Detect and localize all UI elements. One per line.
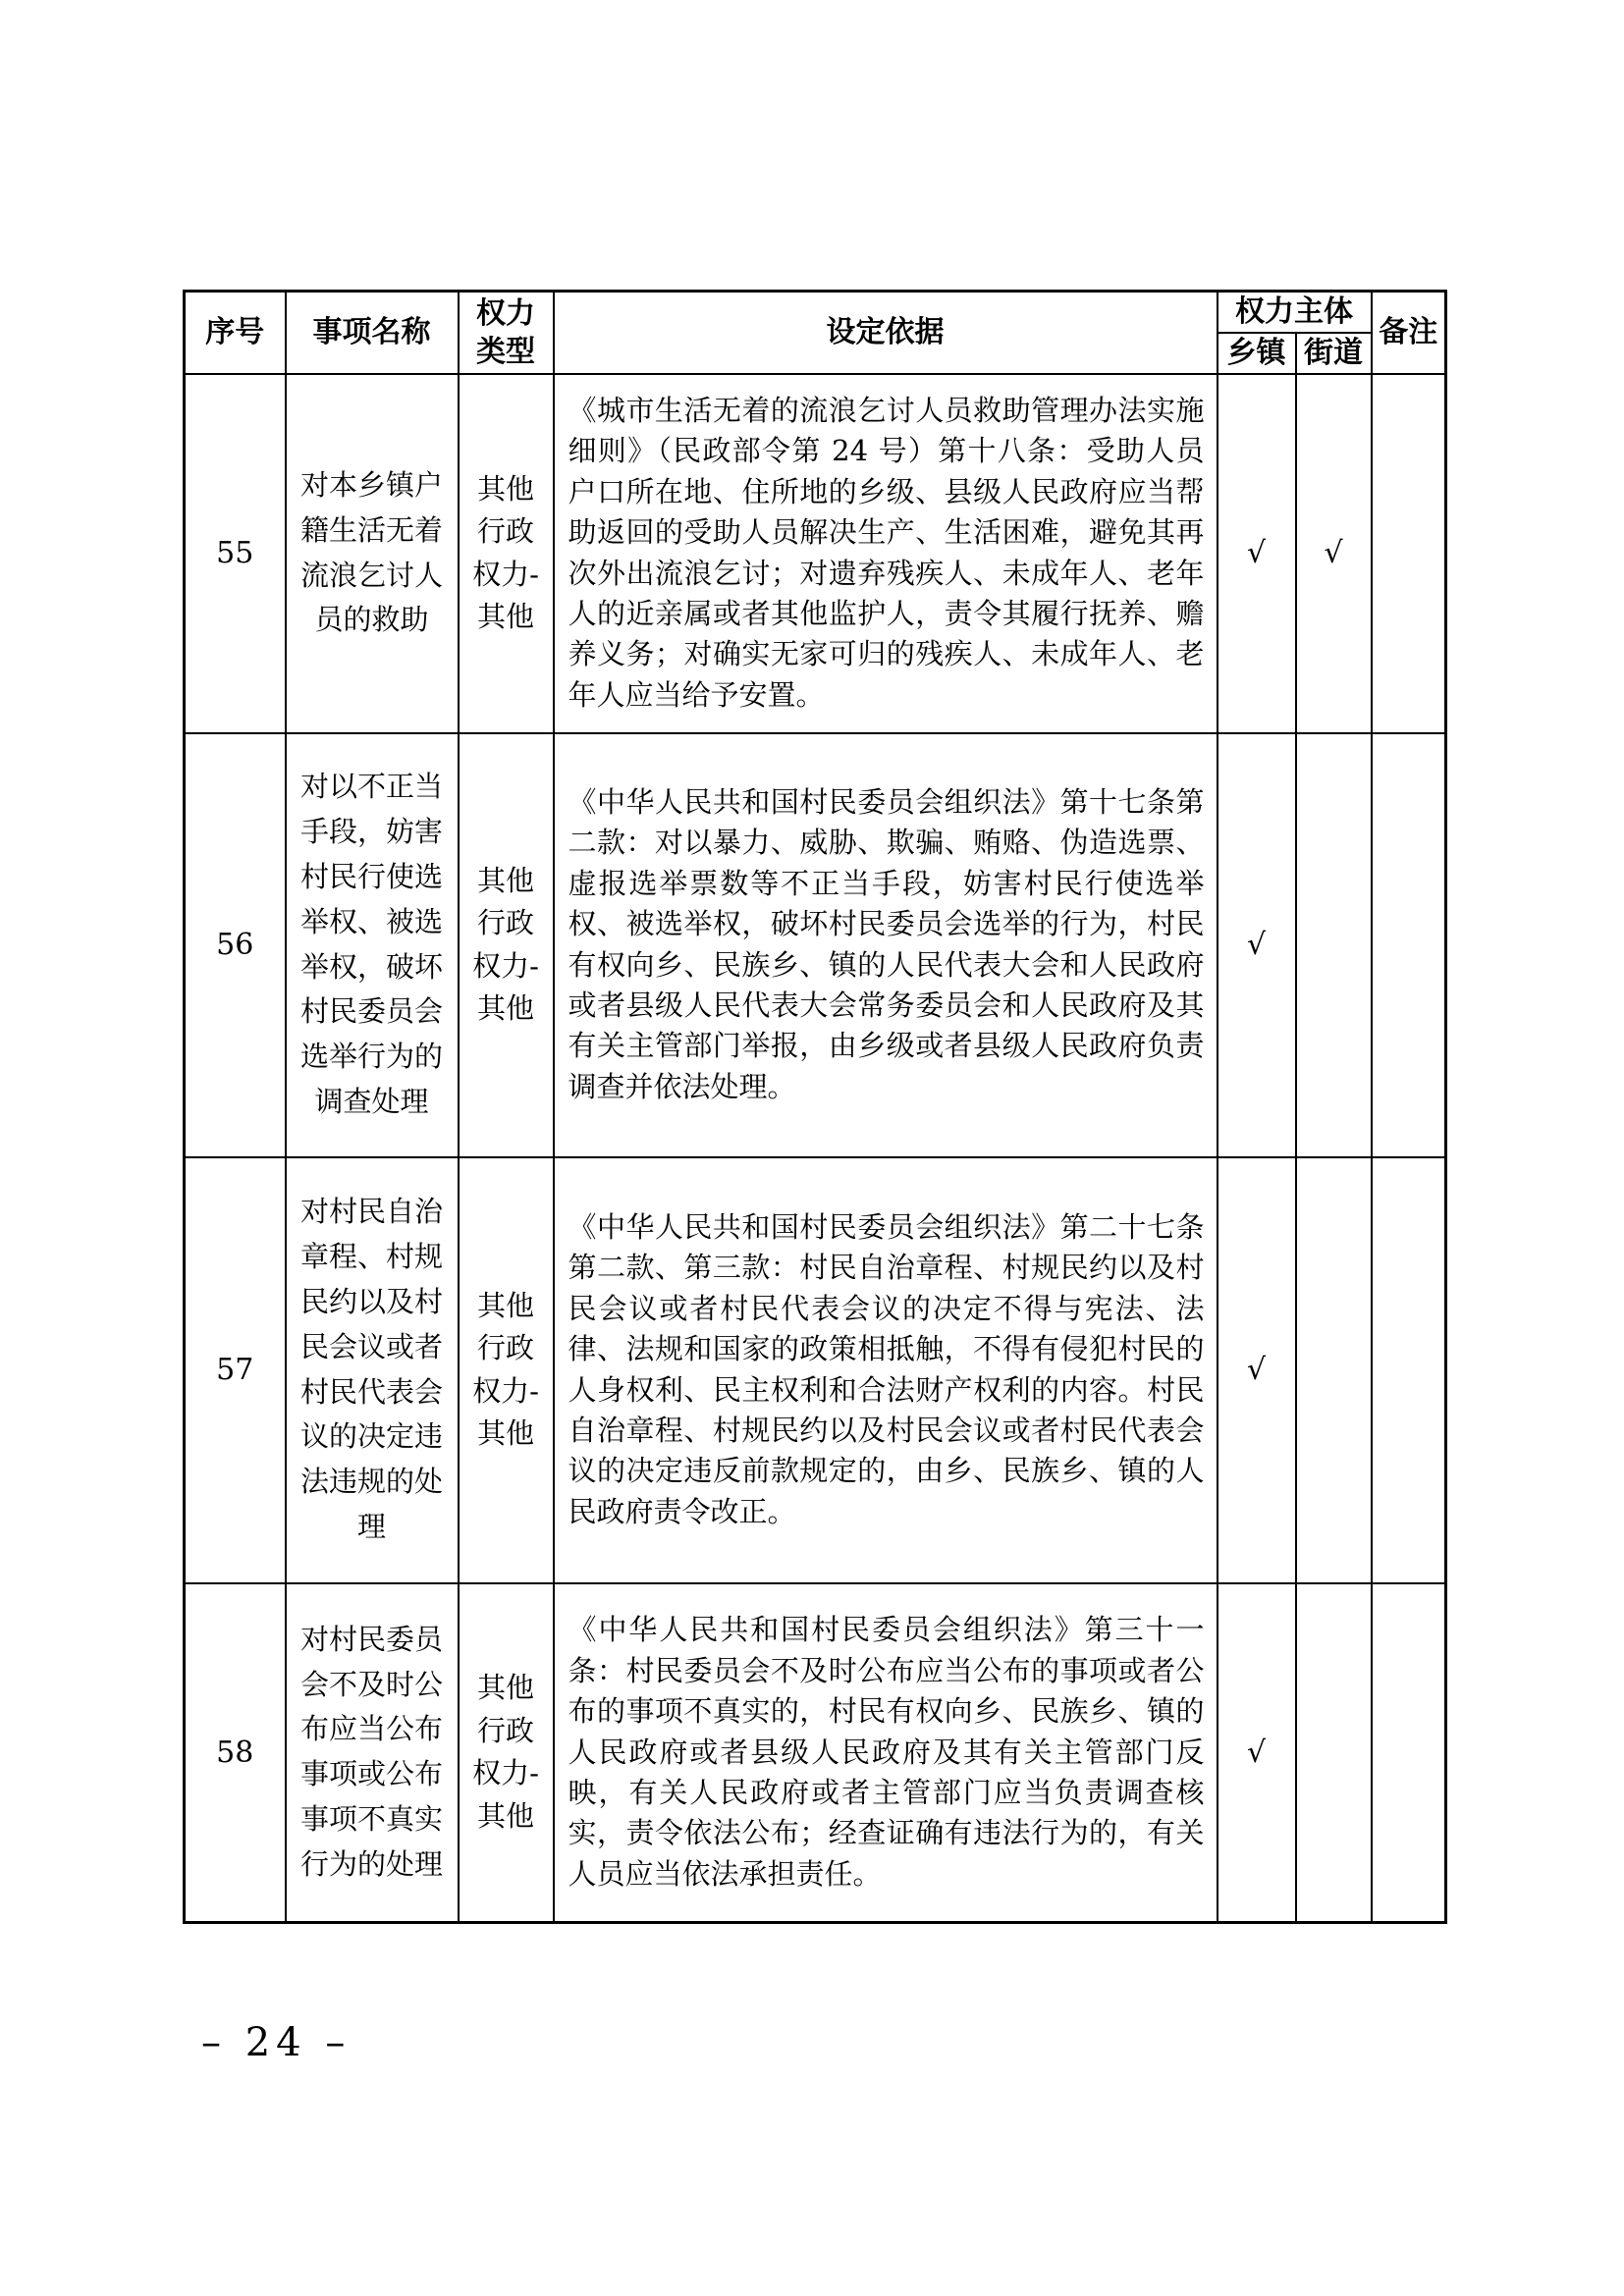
cell-power-type: 其他行政权力-其他 — [459, 733, 554, 1157]
cell-remark — [1372, 733, 1446, 1157]
cell-township-check: √ — [1218, 374, 1296, 733]
col-header-no: 序号 — [185, 292, 286, 374]
cell-basis: 《中华人民共和国村民委员会组织法》第二十七条第二款、第三款：村民自治章程、村规民… — [554, 1157, 1218, 1583]
col-header-power-type: 权力类型 — [459, 292, 554, 374]
header-row-1: 序号 事项名称 权力类型 设定依据 权力主体 备注 — [185, 292, 1446, 333]
table-row: 57 对村民自治章程、村规民约以及村民会议或者村民代表会议的决定违法违规的处理 … — [185, 1157, 1446, 1583]
cell-power-type: 其他行政权力-其他 — [459, 1583, 554, 1923]
cell-power-type: 其他行政权力-其他 — [459, 374, 554, 733]
col-header-remark: 备注 — [1372, 292, 1446, 374]
cell-no: 58 — [185, 1583, 286, 1923]
power-items-table: 序号 事项名称 权力类型 设定依据 权力主体 备注 乡镇 街道 55 对本乡镇户… — [183, 290, 1447, 1924]
col-header-basis: 设定依据 — [554, 292, 1218, 374]
col-header-street: 街道 — [1296, 333, 1372, 374]
cell-street-check: √ — [1296, 374, 1372, 733]
cell-street-check — [1296, 1157, 1372, 1583]
cell-basis: 《中华人民共和国村民委员会组织法》第三十一条：村民委员会不及时公布应当公布的事项… — [554, 1583, 1218, 1923]
cell-remark — [1372, 1583, 1446, 1923]
table-row: 55 对本乡镇户籍生活无着流浪乞讨人员的救助 其他行政权力-其他 《城市生活无着… — [185, 374, 1446, 733]
table-row: 58 对村民委员会不及时公布应当公布事项或公布事项不真实行为的处理 其他行政权力… — [185, 1583, 1446, 1923]
table-row: 56 对以不正当手段，妨害村民行使选举权、被选举权，破坏村民委员会选举行为的调查… — [185, 733, 1446, 1157]
table-header: 序号 事项名称 权力类型 设定依据 权力主体 备注 乡镇 街道 — [185, 292, 1446, 374]
cell-power-type: 其他行政权力-其他 — [459, 1157, 554, 1583]
cell-remark — [1372, 1157, 1446, 1583]
cell-item-name: 对村民委员会不及时公布应当公布事项或公布事项不真实行为的处理 — [286, 1583, 459, 1923]
cell-basis: 《中华人民共和国村民委员会组织法》第十七条第二款：对以暴力、威胁、欺骗、贿赂、伪… — [554, 733, 1218, 1157]
col-header-power-subject: 权力主体 — [1218, 292, 1372, 333]
cell-no: 55 — [185, 374, 286, 733]
cell-basis: 《城市生活无着的流浪乞讨人员救助管理办法实施细则》（民政部令第 24 号）第十八… — [554, 374, 1218, 733]
cell-township-check: √ — [1218, 1157, 1296, 1583]
col-header-township: 乡镇 — [1218, 333, 1296, 374]
col-header-name: 事项名称 — [286, 292, 459, 374]
page-number: – 24 – — [201, 2020, 351, 2065]
cell-township-check: √ — [1218, 1583, 1296, 1923]
cell-township-check: √ — [1218, 733, 1296, 1157]
cell-remark — [1372, 374, 1446, 733]
cell-item-name: 对村民自治章程、村规民约以及村民会议或者村民代表会议的决定违法违规的处理 — [286, 1157, 459, 1583]
document-page: 序号 事项名称 权力类型 设定依据 权力主体 备注 乡镇 街道 55 对本乡镇户… — [0, 0, 1624, 2296]
cell-item-name: 对以不正当手段，妨害村民行使选举权、被选举权，破坏村民委员会选举行为的调查处理 — [286, 733, 459, 1157]
cell-street-check — [1296, 733, 1372, 1157]
cell-no: 57 — [185, 1157, 286, 1583]
cell-street-check — [1296, 1583, 1372, 1923]
cell-item-name: 对本乡镇户籍生活无着流浪乞讨人员的救助 — [286, 374, 459, 733]
cell-no: 56 — [185, 733, 286, 1157]
